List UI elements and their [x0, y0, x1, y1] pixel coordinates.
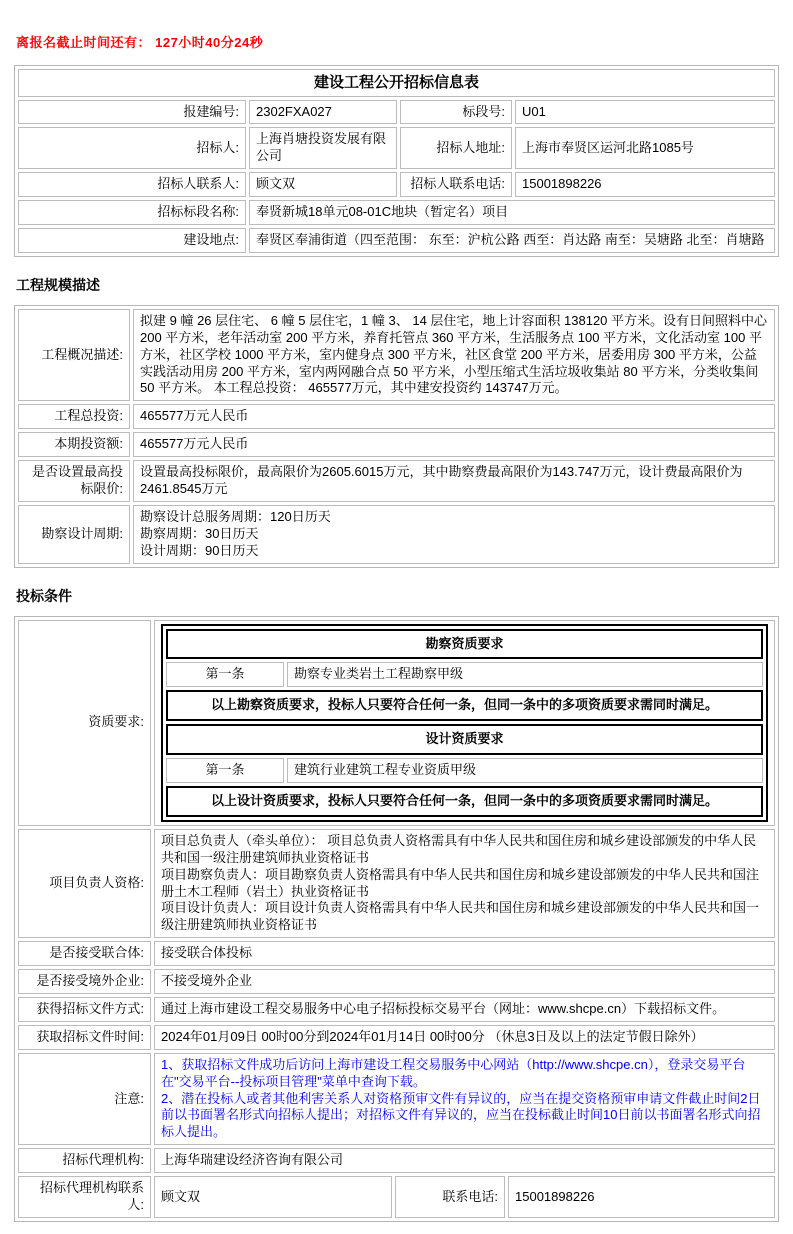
tender-info-page: 离报名截止时间还有： 127小时40分24秒 建设工程公开招标信息表 报建编号:… — [0, 0, 793, 1234]
table-row: 本期投资额: 465577万元人民币 — [18, 432, 775, 457]
survey-qual-note: 以上勘察资质要求，投标人只要符合任何一条，但同一条中的多项资质要求需同时满足。 — [166, 690, 763, 721]
price-cap-value: 设置最高投标限价，最高限价为2605.6015万元，其中勘察费最高限价为143.… — [133, 460, 775, 502]
design-qual-item-no: 第一条 — [166, 758, 284, 783]
table-row: 勘察设计周期: 勘察设计总服务周期：120日历天 勘察周期：30日历天 设计周期… — [18, 505, 775, 564]
table-row: 是否接受境外企业: 不接受境外企业 — [18, 969, 775, 994]
location-value: 奉贤区奉浦街道（四至范围： 东至：沪杭公路 西至：肖达路 南至：吴塘路 北至：肖… — [249, 228, 775, 253]
table-row: 第一条 勘察专业类岩土工程勘察甲级 — [166, 662, 763, 687]
tenderee-addr-value: 上海市奉贤区运河北路1085号 — [515, 127, 775, 169]
qualification-label: 资质要求: — [18, 620, 151, 826]
registration-countdown: 离报名截止时间还有： 127小时40分24秒 — [14, 0, 779, 65]
agency-phone-label: 联系电话: — [395, 1176, 505, 1218]
tenderee-addr-label: 招标人地址: — [400, 127, 512, 169]
total-invest-value: 465577万元人民币 — [133, 404, 775, 429]
qualification-value: 勘察资质要求 第一条 勘察专业类岩土工程勘察甲级 以上勘察资质要求，投标人只要符… — [154, 620, 775, 826]
design-qual-note: 以上设计资质要求，投标人只要符合任何一条，但同一条中的多项资质要求需同时满足。 — [166, 786, 763, 817]
table-row: 获得招标文件方式: 通过上海市建设工程交易服务中心电子招标投标交易平台（网址：w… — [18, 997, 775, 1022]
agency-contact-label: 招标代理机构联系人: — [18, 1176, 151, 1218]
overview-value: 拟建 9 幢 26 层住宅、 6 幢 5 层住宅，1 幢 3、 14 层住宅，地… — [133, 309, 775, 401]
project-manager-qual-label: 项目负责人资格: — [18, 829, 151, 938]
survey-qual-item-no: 第一条 — [166, 662, 284, 687]
section-no-value: U01 — [515, 100, 775, 125]
page-title: 建设工程公开招标信息表 — [18, 69, 775, 97]
project-no-label: 报建编号: — [18, 100, 246, 125]
table-row: 报建编号: 2302FXA027 标段号: U01 — [18, 100, 775, 125]
table-row: 招标标段名称: 奉贤新城18单元08-01C地块（暂定名）项目 — [18, 200, 775, 225]
table-row: 招标代理机构联系人: 顾文双 联系电话: 15001898226 — [18, 1176, 775, 1218]
overseas-label: 是否接受境外企业: — [18, 969, 151, 994]
table-row: 工程总投资: 465577万元人民币 — [18, 404, 775, 429]
table-row: 以上设计资质要求，投标人只要符合任何一条，但同一条中的多项资质要求需同时满足。 — [166, 786, 763, 817]
current-invest-value: 465577万元人民币 — [133, 432, 775, 457]
table-row: 建设地点: 奉贤区奉浦街道（四至范围： 东至：沪杭公路 西至：肖达路 南至：吴塘… — [18, 228, 775, 253]
table-row: 第一条 建筑行业建筑工程专业资质甲级 — [166, 758, 763, 783]
price-cap-label: 是否设置最高投标限价: — [18, 460, 130, 502]
qualification-inner-table: 勘察资质要求 第一条 勘察专业类岩土工程勘察甲级 以上勘察资质要求，投标人只要符… — [161, 624, 768, 822]
basic-info-table: 建设工程公开招标信息表 报建编号: 2302FXA027 标段号: U01 招标… — [14, 65, 779, 257]
location-label: 建设地点: — [18, 228, 246, 253]
section-no-label: 标段号: — [400, 100, 512, 125]
section-name-label: 招标标段名称: — [18, 200, 246, 225]
consortium-label: 是否接受联合体: — [18, 941, 151, 966]
notice-label: 注意: — [18, 1053, 151, 1145]
tenderee-phone-value: 15001898226 — [515, 172, 775, 197]
section-heading-bid-conditions: 投标条件 — [16, 586, 779, 606]
agency-value: 上海华瑞建设经济咨询有限公司 — [154, 1148, 775, 1173]
table-row: 注意: 1、获取招标文件成功后访问上海市建设工程交易服务中心网站（http://… — [18, 1053, 775, 1145]
bid-conditions-table: 资质要求: 勘察资质要求 第一条 勘察专业类岩土工程勘察甲级 以上勘察资质要求，… — [14, 616, 779, 1222]
consortium-value: 接受联合体投标 — [154, 941, 775, 966]
survey-design-period-value: 勘察设计总服务周期：120日历天 勘察周期：30日历天 设计周期：90日历天 — [133, 505, 775, 564]
section-heading-project-scale: 工程规模描述 — [16, 275, 779, 295]
project-scale-table: 工程概况描述: 拟建 9 幢 26 层住宅、 6 幢 5 层住宅，1 幢 3、 … — [14, 305, 779, 568]
design-qual-item: 建筑行业建筑工程专业资质甲级 — [287, 758, 763, 783]
obtain-method-value: 通过上海市建设工程交易服务中心电子招标投标交易平台（网址：www.shcpe.c… — [154, 997, 775, 1022]
agency-phone-value: 15001898226 — [508, 1176, 775, 1218]
table-row: 设计资质要求 — [166, 724, 763, 755]
project-manager-qual-value: 项目总负责人（牵头单位）： 项目总负责人资格需具有中华人民共和国住房和城乡建设部… — [154, 829, 775, 938]
table-row: 是否接受联合体: 接受联合体投标 — [18, 941, 775, 966]
table-title-row: 建设工程公开招标信息表 — [18, 69, 775, 97]
survey-qual-item: 勘察专业类岩土工程勘察甲级 — [287, 662, 763, 687]
survey-qual-header: 勘察资质要求 — [166, 629, 763, 660]
total-invest-label: 工程总投资: — [18, 404, 130, 429]
design-qual-header: 设计资质要求 — [166, 724, 763, 755]
tenderee-contact-value: 顾文双 — [249, 172, 397, 197]
section-name-value: 奉贤新城18单元08-01C地块（暂定名）项目 — [249, 200, 775, 225]
tenderee-phone-label: 招标人联系电话: — [400, 172, 512, 197]
tenderee-contact-label: 招标人联系人: — [18, 172, 246, 197]
tenderee-label: 招标人: — [18, 127, 246, 169]
obtain-method-label: 获得招标文件方式: — [18, 997, 151, 1022]
table-row: 工程概况描述: 拟建 9 幢 26 层住宅、 6 幢 5 层住宅，1 幢 3、 … — [18, 309, 775, 401]
survey-design-period-label: 勘察设计周期: — [18, 505, 130, 564]
obtain-time-value: 2024年01月09日 00时00分到2024年01月14日 00时00分 （休… — [154, 1025, 775, 1050]
table-row: 获取招标文件时间: 2024年01月09日 00时00分到2024年01月14日… — [18, 1025, 775, 1050]
agency-label: 招标代理机构: — [18, 1148, 151, 1173]
table-row: 招标代理机构: 上海华瑞建设经济咨询有限公司 — [18, 1148, 775, 1173]
agency-contact-value: 顾文双 — [154, 1176, 392, 1218]
overview-label: 工程概况描述: — [18, 309, 130, 401]
current-invest-label: 本期投资额: — [18, 432, 130, 457]
project-no-value: 2302FXA027 — [249, 100, 397, 125]
table-row: 项目负责人资格: 项目总负责人（牵头单位）： 项目总负责人资格需具有中华人民共和… — [18, 829, 775, 938]
notice-value: 1、获取招标文件成功后访问上海市建设工程交易服务中心网站（http://www.… — [154, 1053, 775, 1145]
table-row: 以上勘察资质要求，投标人只要符合任何一条，但同一条中的多项资质要求需同时满足。 — [166, 690, 763, 721]
obtain-time-label: 获取招标文件时间: — [18, 1025, 151, 1050]
table-row: 招标人联系人: 顾文双 招标人联系电话: 15001898226 — [18, 172, 775, 197]
table-row: 资质要求: 勘察资质要求 第一条 勘察专业类岩土工程勘察甲级 以上勘察资质要求，… — [18, 620, 775, 826]
table-row: 勘察资质要求 — [166, 629, 763, 660]
overseas-value: 不接受境外企业 — [154, 969, 775, 994]
tenderee-value: 上海肖塘投资发展有限公司 — [249, 127, 397, 169]
table-row: 是否设置最高投标限价: 设置最高投标限价，最高限价为2605.6015万元，其中… — [18, 460, 775, 502]
table-row: 招标人: 上海肖塘投资发展有限公司 招标人地址: 上海市奉贤区运河北路1085号 — [18, 127, 775, 169]
